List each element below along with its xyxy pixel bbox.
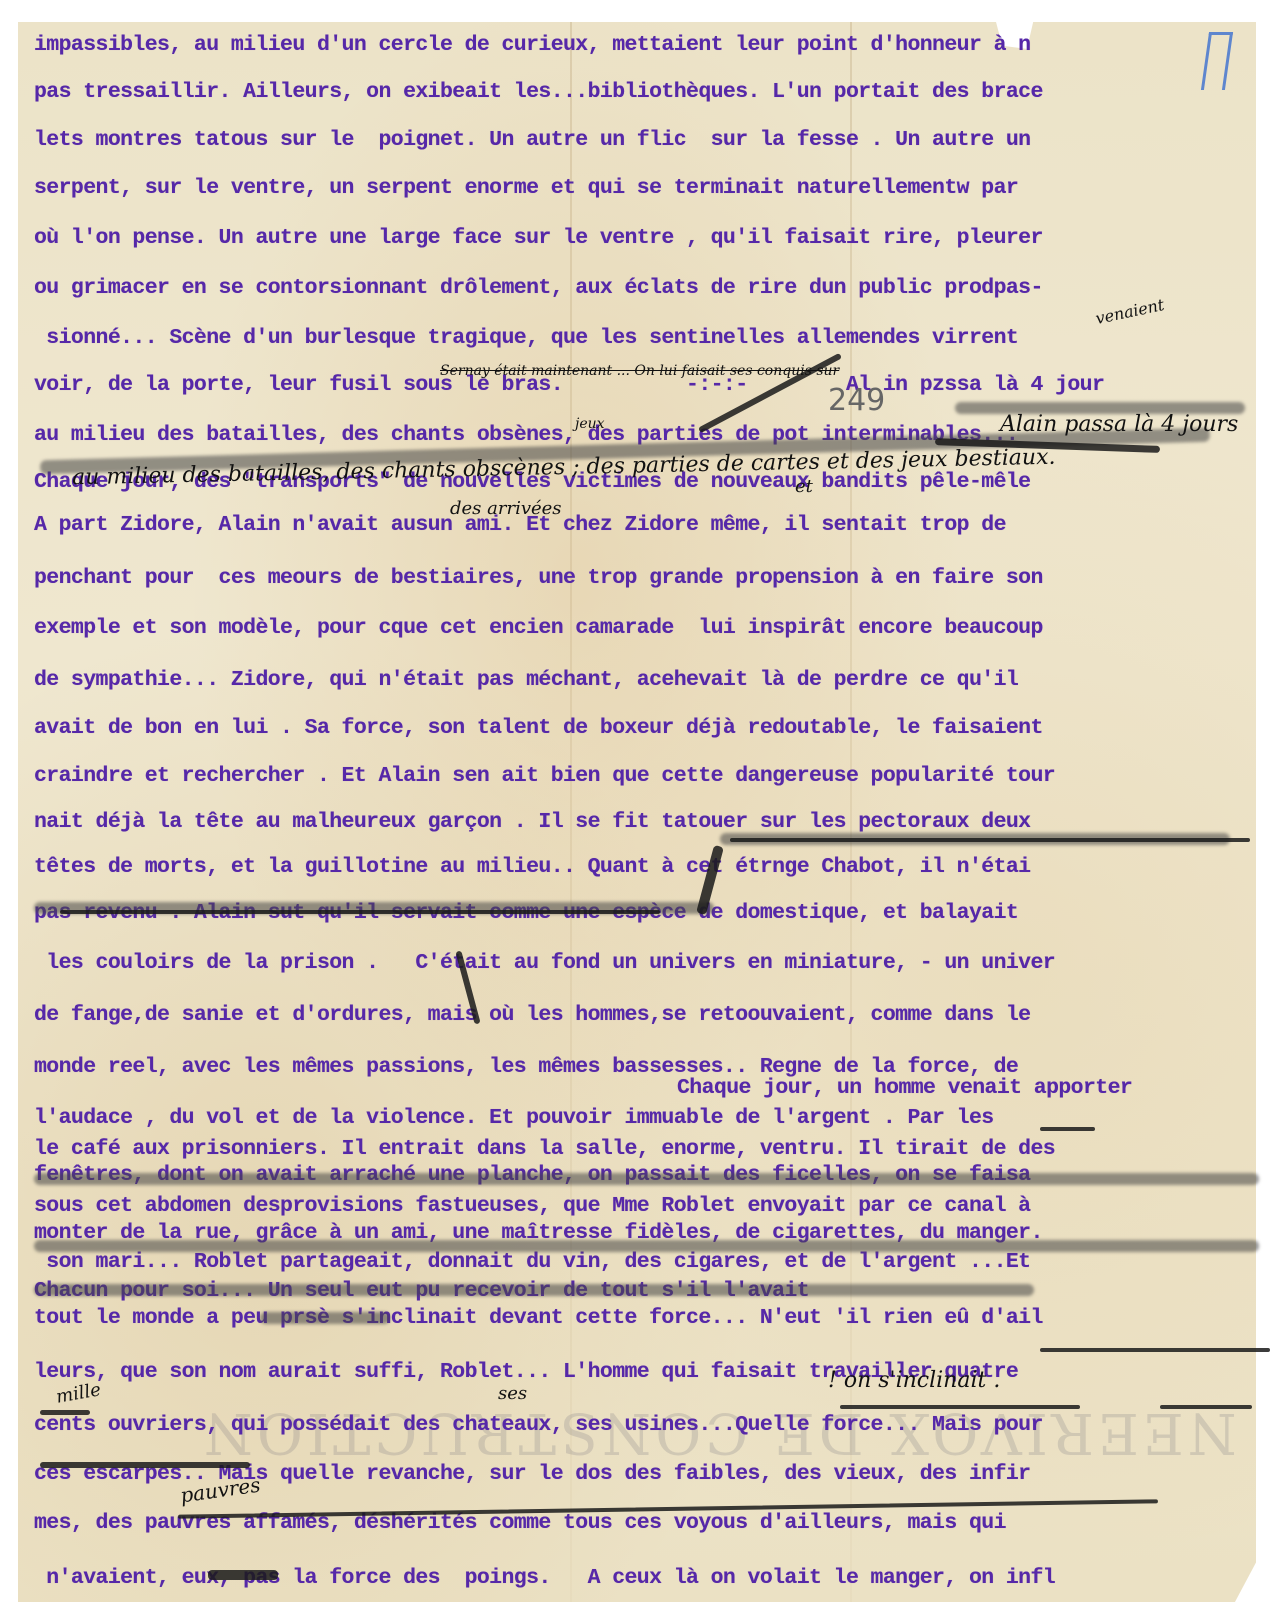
typed-line: n'avaient, eux, pas la force des poings.… — [34, 1563, 1055, 1593]
typed-line: lets montres tatous sur le poignet. Un a… — [34, 125, 1030, 155]
pencil-strike — [34, 1173, 1259, 1185]
typed-line: sionné... Scène d'un burlesque tragique,… — [34, 323, 1018, 353]
typed-line: où l'on pense. Un autre une large face s… — [34, 223, 1043, 253]
overlay-typed-line: Chaque jour, un homme venait apporter — [677, 1073, 1132, 1103]
handwritten-note: ses — [498, 1383, 527, 1404]
typed-line: serpent, sur le ventre, un serpent enorm… — [34, 173, 1018, 203]
ink-strike — [1160, 1405, 1252, 1409]
ink-strike — [208, 1570, 278, 1580]
typed-line: les couloirs de la prison . C'était au f… — [34, 948, 1055, 978]
handwritten-note: Alain passa là 4 jours — [1000, 412, 1238, 437]
ink-strike — [1040, 1348, 1270, 1352]
ink-strike — [840, 1405, 1080, 1409]
page-number: 249 — [828, 383, 885, 418]
ink-strike — [40, 1410, 90, 1415]
pencil-strike — [34, 1284, 1034, 1296]
handwritten-note: des arrivées — [450, 498, 562, 519]
ink-scribble — [60, 910, 660, 914]
typed-line: craindre et rechercher . Et Alain sen ai… — [34, 761, 1055, 791]
typed-line: sous cet abdomen desprovisions fastueuse… — [34, 1191, 1030, 1221]
handwritten-note: et — [795, 476, 813, 497]
ink-strike — [1040, 1127, 1095, 1131]
typed-line: de sympathie... Zidore, qui n'était pas … — [34, 665, 1018, 695]
typed-line: tout le monde a peu prsè s'inclinait dev… — [34, 1303, 1043, 1333]
handwritten-note: jeux — [575, 416, 605, 432]
typed-line: impassibles, au milieu d'un cercle de cu… — [34, 30, 1030, 60]
ink-strike — [40, 1462, 250, 1468]
handwritten-note: ! on s'inclinait . — [828, 1368, 1000, 1393]
typed-line: avait de bon en lui . Sa force, son tale… — [34, 713, 1043, 743]
handwritten-note-struck: Sernay était maintenant ... On lui faisa… — [440, 363, 839, 379]
typed-line: penchant pour ces meours de bestiaires, … — [34, 563, 1043, 593]
typed-line: pas tressaillir. Ailleurs, on exibeait l… — [34, 77, 1043, 107]
ink-scribble — [730, 838, 1250, 842]
typed-line: exemple et son modèle, pour cque cet enc… — [34, 613, 1043, 643]
typed-line: ou grimacer en se contorsionnant drôleme… — [34, 273, 1043, 303]
pencil-strike — [260, 1312, 390, 1324]
pencil-strike — [34, 1240, 1259, 1252]
typed-line: cents ouvriers, qui possédait des chatea… — [34, 1410, 1043, 1440]
typed-line: l'audace , du vol et de la violence. Et … — [34, 1103, 994, 1133]
typed-line: de fange,de sanie et d'ordures, mais où … — [34, 1000, 1030, 1030]
typed-line: têtes de morts, et la guillotine au mili… — [34, 852, 1030, 882]
